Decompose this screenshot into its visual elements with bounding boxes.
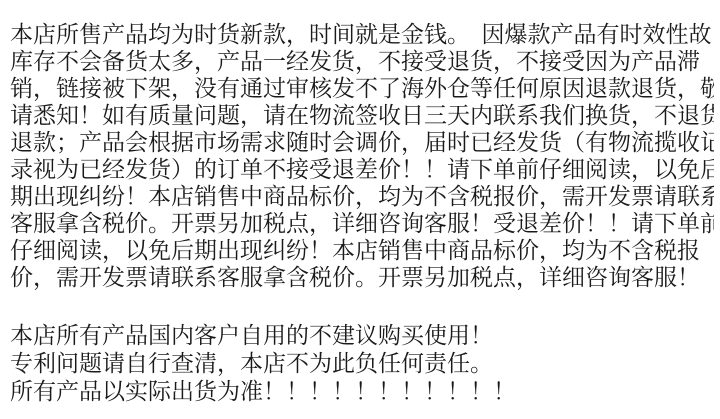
notice-line: 价，需开发票请联系客服拿含税价。开票另加税点，详细咨询客服！: [10, 264, 714, 291]
store-policy-notice: 本店所售产品均为时货新款，时间就是金钱。 因爆款产品有时效性故 库存不会备货太多…: [0, 0, 720, 405]
notice-line: 客服拿含税价。开票另加税点，详细咨询客服！受退差价！！请下单前: [10, 210, 714, 237]
notice-line: 库存不会备货太多，产品一经发货，不接受退货，不接受因为产品滞: [10, 48, 714, 75]
notice-line: 期出现纠纷！本店销售中商品标价，均为不含税报价，需开发票请联系: [10, 183, 714, 210]
notice-line: 请悉知！如有质量问题，请在物流签收日三天内联系我们换货，不退货: [10, 102, 714, 129]
notice-line: 本店所售产品均为时货新款，时间就是金钱。 因爆款产品有时效性故: [10, 21, 714, 48]
notice-line: 本店所有产品国内客户自用的不建议购买使用！: [10, 321, 714, 349]
notice-line: 销，链接被下架，没有通过审核发不了海外仓等任何原因退款退货，敬: [10, 75, 714, 102]
notice-line: 退款；产品会根据市场需求随时会调价，届时已经发货（有物流揽收记: [10, 129, 714, 156]
domestic-use-warning-paragraph: 本店所有产品国内客户自用的不建议购买使用！ 专利问题请自行查清，本店不为此负任何…: [10, 321, 714, 405]
store-policy-paragraph: 本店所售产品均为时货新款，时间就是金钱。 因爆款产品有时效性故 库存不会备货太多…: [10, 21, 714, 291]
notice-line: 所有产品以实际出货为准！！！！！！！！！！！: [10, 377, 714, 405]
notice-line: 仔细阅读，以免后期出现纠纷！本店销售中商品标价，均为不含税报: [10, 237, 714, 264]
notice-line: 专利问题请自行查清，本店不为此负任何责任。: [10, 349, 714, 377]
notice-line: 录视为已经发货）的订单不接受退差价！！请下单前仔细阅读，以免后: [10, 156, 714, 183]
